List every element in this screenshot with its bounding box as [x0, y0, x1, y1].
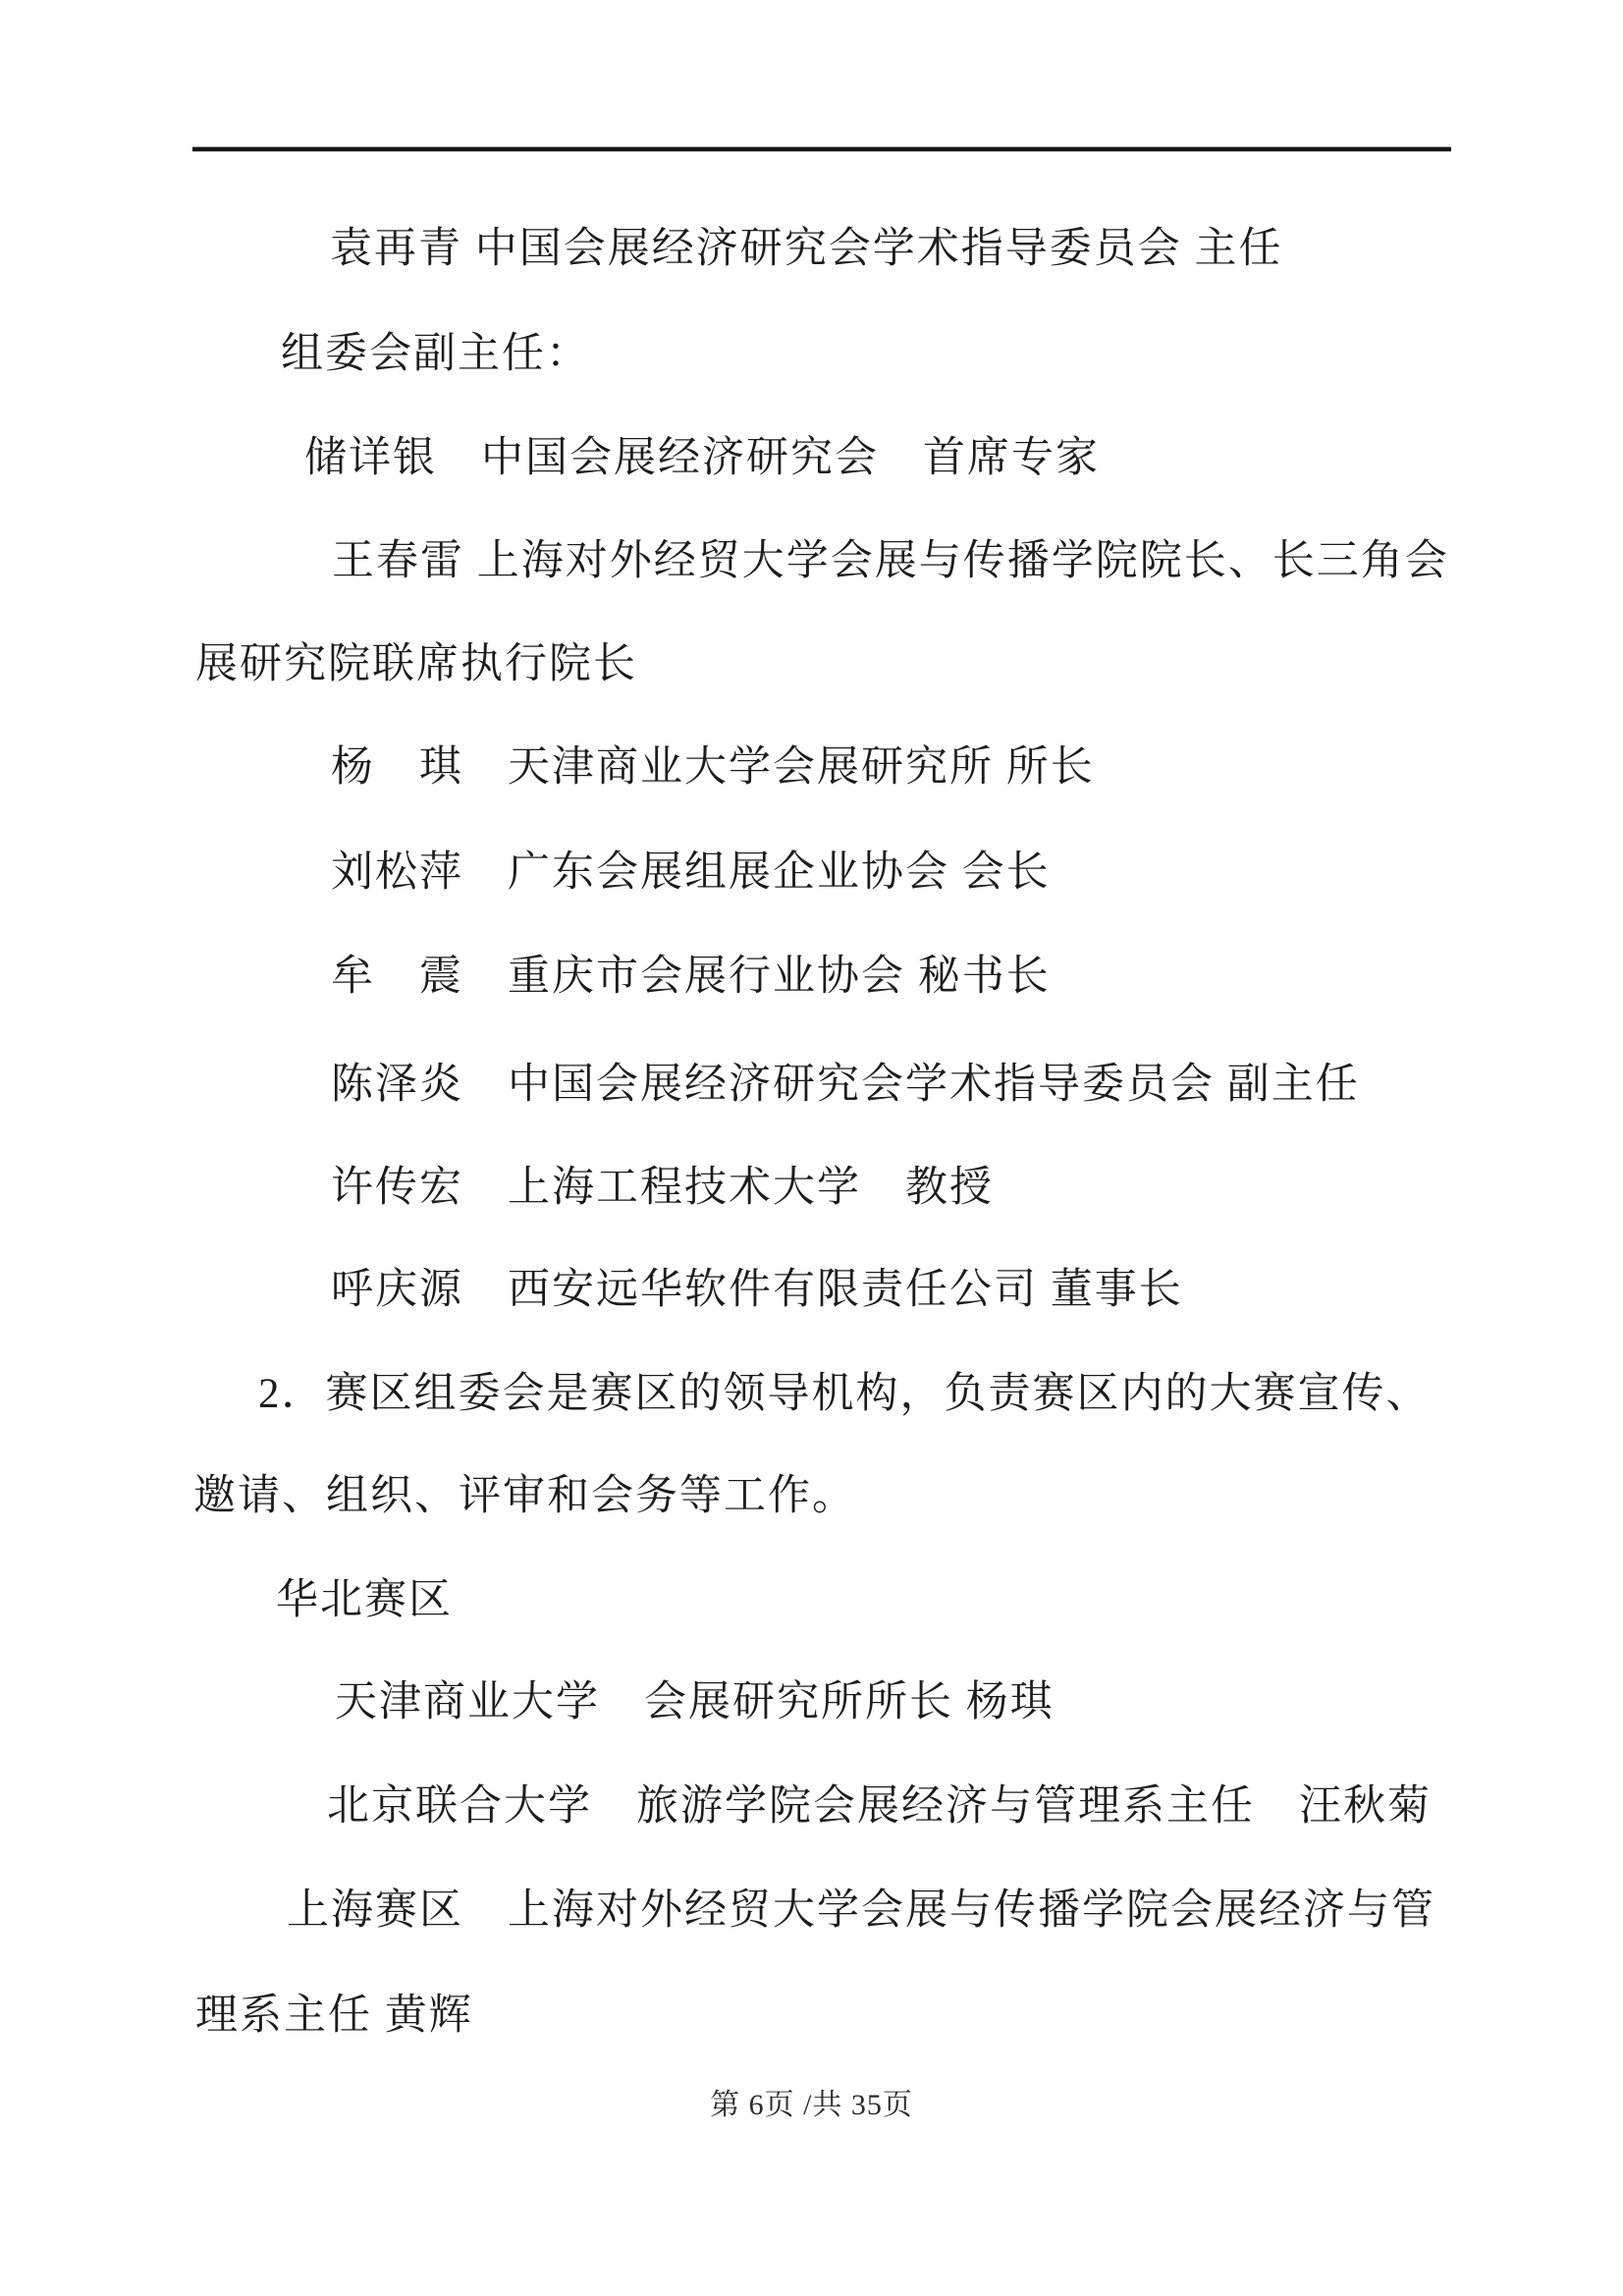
text-line: 储详银 中国会展经济研究会 首席专家 — [304, 433, 1100, 484]
text-line: 许传宏 上海工程技术大学 教授 — [331, 1163, 994, 1214]
text-line: 组委会副主任： — [281, 329, 590, 380]
text-line: 2．赛区组委会是赛区的领导机构，负责赛区内的大赛宣传、 — [258, 1369, 1431, 1420]
text-line: 展研究院联席执行院长 — [195, 639, 637, 690]
text-line: 袁再青 中国会展经济研究会学术指导委员会 主任 — [330, 224, 1283, 275]
text-line: 杨 琪 天津商业大学会展研究所 所长 — [331, 742, 1095, 793]
text-line: 牟 震 重庆市会展行业协会 秘书长 — [331, 952, 1051, 1003]
text-line: 北京联合大学 旅游学院会展经济与管理系主任 汪秋菊 — [327, 1781, 1432, 1832]
text-line: 王春雷 上海对外经贸大学会展与传播学院院长、长三角会 — [332, 536, 1449, 587]
text-line: 邀请、组织、评审和会务等工作。 — [193, 1471, 856, 1522]
text-line: 呼庆源 西安远华软件有限责任公司 董事长 — [331, 1265, 1183, 1316]
text-line: 上海赛区 上海对外经贸大学会展与传播学院会展经济与管 — [287, 1886, 1435, 1937]
document-page: 袁再青 中国会展经济研究会学术指导委员会 主任 组委会副主任： 储详银 中国会展… — [0, 0, 1623, 2296]
text-line: 刘松萍 广东会展组展企业协会 会长 — [331, 847, 1051, 899]
page-number-footer: 第 6页 /共 35页 — [0, 2080, 1623, 2123]
text-line: 华北赛区 — [276, 1575, 453, 1626]
text-line: 天津商业大学 会展研究所所长 杨琪 — [335, 1677, 1055, 1728]
text-line: 陈泽炎 中国会展经济研究会学术指导委员会 副主任 — [331, 1060, 1360, 1111]
text-line: 理系主任 黄辉 — [195, 1991, 473, 2042]
header-divider-line — [192, 146, 1451, 152]
